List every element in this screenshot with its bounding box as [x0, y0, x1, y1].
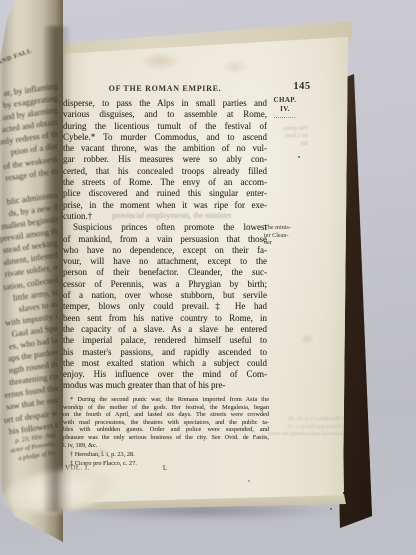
body-line: various disguises, and to assemble at Ro… [63, 109, 267, 120]
body-line: enjoy. His influence over the mind of Co… [63, 369, 267, 380]
page-number: 145 [278, 81, 326, 92]
body-line: temper, blows only could prevail.‡ He ha… [63, 301, 267, 312]
showthrough-line-fragment: † Herodian, l. i, p. 23, 28. [268, 416, 344, 424]
body-line: of a nation, over whose stubborn, but se… [63, 290, 267, 301]
paper-speck [248, 480, 250, 482]
chapter-label: CHAP. [262, 96, 308, 105]
side-note-line: ter Clean- [264, 232, 312, 240]
interline-showthrough-text: provincial employments, the minister [112, 211, 302, 220]
gutter-shadow [42, 26, 72, 512]
body-line: prise, in the moment when it was ripe fo… [63, 200, 267, 211]
body-line: the imperial palace, rendered himself us… [63, 335, 267, 346]
body-line: plice discovered and ruined this singula… [63, 188, 267, 199]
body-line: been sent from his native country to Rom… [63, 313, 267, 324]
footnote-showthrough-text: † Herodian, l. i, p. 23, 28. ‡ Cicero pr… [268, 416, 344, 439]
body-line: during the licentious tumult of the fest… [63, 121, 267, 132]
showthrough-line-fragment: der [264, 141, 308, 148]
side-note-line: The minis- [264, 224, 312, 232]
body-line: certed, that his concealed troops alread… [63, 166, 267, 177]
body-line: Cybele.* To murder Commodus, and to asce… [63, 132, 267, 143]
footnote-line: pleasure was the only serious business o… [63, 434, 269, 442]
body-line: person of their benefactor. Cleander, th… [63, 267, 267, 278]
body-line: the capacity of a slave. As a slave he e… [63, 324, 267, 335]
foxing-spot [140, 52, 180, 70]
body-line: disperse, to pass the Alps in small part… [63, 98, 267, 109]
recto-page: OF THE ROMAN EMPIRE. 145 CHAP. IV. .....… [52, 34, 352, 508]
showthrough-line-fragment: The minis- [264, 126, 308, 133]
body-line: gar robber. His measures were so ably co… [63, 154, 267, 165]
showthrough-line-fragment: ter Clean- [264, 133, 308, 140]
margin-side-note: The minis-ter Clean-der [264, 224, 312, 247]
body-line: the vacant throne, was the ambition of n… [63, 143, 267, 154]
background-speck [330, 508, 332, 510]
foxing-spot [92, 446, 110, 458]
side-note-line: der [264, 239, 312, 247]
body-line: the streets of Rome. The envy of an acco… [63, 177, 267, 188]
footnote-line: * During the second punic war, the Roman… [63, 396, 269, 404]
body-line: who have no dependence, except on their … [63, 245, 267, 256]
body-paragraph-1: disperse, to pass the Alps in small part… [63, 98, 267, 222]
margin-chapter-note: CHAP. IV. ........... [262, 96, 308, 123]
book-photo: OF THE ROMAN EMPIRE. 145 CHAP. IV. .....… [0, 0, 416, 555]
chapter-number: IV. [262, 105, 308, 114]
body-line: cessor of Perennis, was a Phrygian by bi… [63, 279, 267, 290]
body-line: modus was much greater than that of his … [63, 380, 267, 391]
body-line: his master's passions, and rapidly ascen… [63, 347, 267, 358]
body-line: vour, will have no attachment, except to… [63, 256, 267, 267]
showthrough-line-fragment: provincial employments, the minister [268, 431, 344, 439]
foxing-spot [300, 334, 314, 344]
showthrough-line-fragment: ‡ Cicero pro Flacco, c. 27. [268, 424, 344, 432]
running-head: OF THE ROMAN EMPIRE. [63, 84, 267, 93]
footnote-1: * During the second punic war, the Roman… [63, 396, 269, 449]
body-line: Suspicious princes often promote the low… [63, 222, 267, 233]
footnote-line: with mad processions, the theatres with … [63, 419, 269, 427]
footnote-line: worship of the mother of the gods. Her f… [63, 404, 269, 412]
body-text: disperse, to pass the Alps in small part… [63, 98, 267, 392]
footnotes: * During the second punic war, the Roman… [63, 396, 269, 467]
margin-showthrough-text: The minis-ter Clean-der [264, 126, 308, 148]
paper-speck [298, 156, 300, 158]
recto-page-surface: OF THE ROMAN EMPIRE. 145 CHAP. IV. .....… [52, 34, 352, 508]
footnote-line: bles with unbidden guests. Order and pol… [63, 426, 269, 434]
verso-fold-shadow [0, 0, 20, 520]
body-line: the most exalted station which a subject… [63, 358, 267, 369]
body-paragraph-2: Suspicious princes often promote the low… [63, 222, 267, 391]
margin-divider-dots: ........... [262, 114, 308, 123]
footnote-line: on the fourth of April, and lasted six d… [63, 411, 269, 419]
foxing-spot [222, 60, 248, 74]
body-line: of mankind, from a vain persuasion that … [63, 234, 267, 245]
